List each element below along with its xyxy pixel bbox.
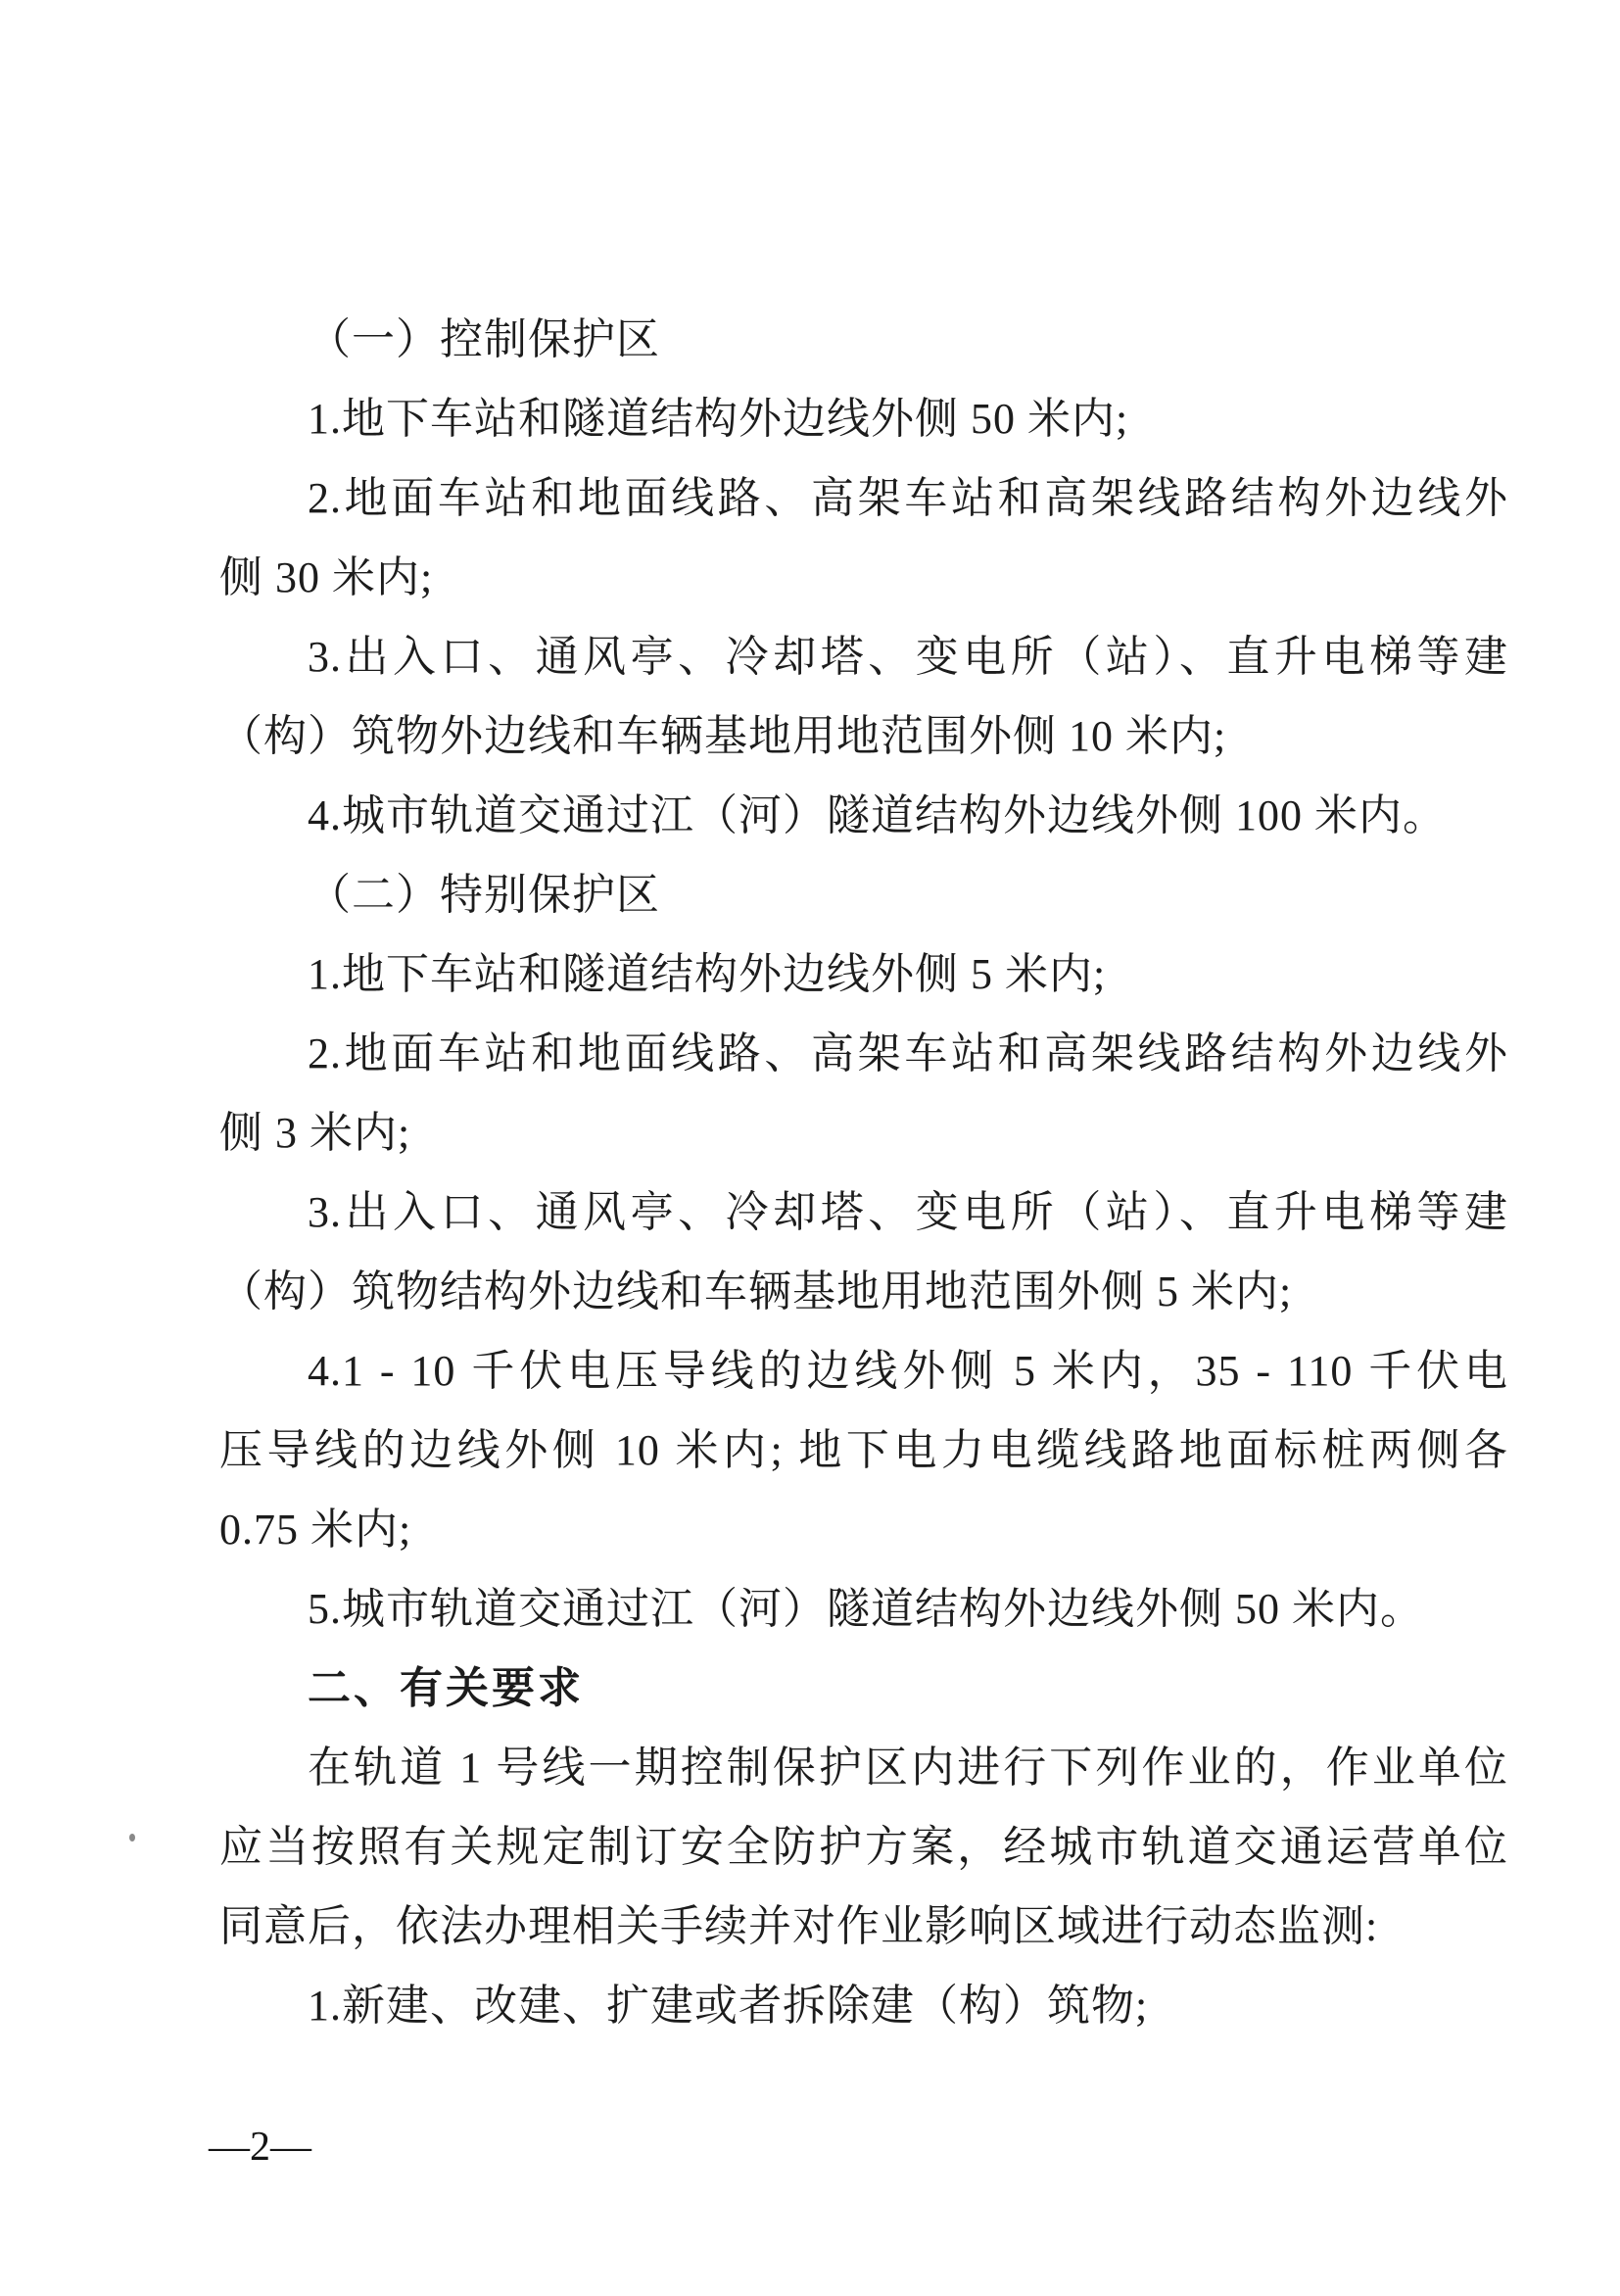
text-line: 压导线的边线外侧 10 米内; 地下电力电缆线路地面标桩两侧各 — [219, 1411, 1508, 1490]
text-line: 1.地下车站和隧道结构外边线外侧 5 米内; — [219, 934, 1508, 1014]
text-line: 在轨道 1 号线一期控制保护区内进行下列作业的，作业单位 — [219, 1728, 1508, 1807]
scan-artifact-dot — [129, 1834, 135, 1842]
text-line: 1.地下车站和隧道结构外边线外侧 50 米内; — [219, 379, 1508, 458]
text-line: 1.新建、改建、扩建或者拆除建（构）筑物; — [219, 1966, 1508, 2045]
page-number: —2— — [209, 2124, 311, 2171]
text-line: 4.1 - 10 千伏电压导线的边线外侧 5 米内，35 - 110 千伏电 — [219, 1331, 1508, 1411]
section-heading: 二、有关要求 — [219, 1649, 1508, 1728]
text-line: 3.出入口、通风亭、冷却塔、变电所（站）、直升电梯等建 — [219, 1172, 1508, 1252]
text-line: （构）筑物结构外边线和车辆基地用地范围外侧 5 米内; — [219, 1252, 1508, 1331]
text-line: 应当按照有关规定制订安全防护方案，经城市轨道交通运营单位 — [219, 1807, 1508, 1887]
text-line: 侧 3 米内; — [219, 1093, 1508, 1172]
text-line: 0.75 米内; — [219, 1490, 1508, 1569]
text-line: （一）控制保护区 — [219, 300, 1508, 379]
text-line: 5.城市轨道交通过江（河）隧道结构外边线外侧 50 米内。 — [219, 1569, 1508, 1649]
text-line: 2.地面车站和地面线路、高架车站和高架线路结构外边线外 — [219, 458, 1508, 538]
text-line: 侧 30 米内; — [219, 538, 1508, 617]
text-line: 4.城市轨道交通过江（河）隧道结构外边线外侧 100 米内。 — [219, 776, 1508, 855]
text-block: （一）控制保护区1.地下车站和隧道结构外边线外侧 50 米内;2.地面车站和地面… — [219, 300, 1508, 2045]
text-line: 2.地面车站和地面线路、高架车站和高架线路结构外边线外 — [219, 1014, 1508, 1093]
text-line: （二）特别保护区 — [219, 855, 1508, 934]
text-line: （构）筑物外边线和车辆基地用地范围外侧 10 米内; — [219, 696, 1508, 776]
text-line: 同意后，依法办理相关手续并对作业影响区域进行动态监测: — [219, 1887, 1508, 1966]
text-line: 3.出入口、通风亭、冷却塔、变电所（站）、直升电梯等建 — [219, 617, 1508, 696]
document-page: （一）控制保护区1.地下车站和隧道结构外边线外侧 50 米内;2.地面车站和地面… — [0, 0, 1620, 2296]
